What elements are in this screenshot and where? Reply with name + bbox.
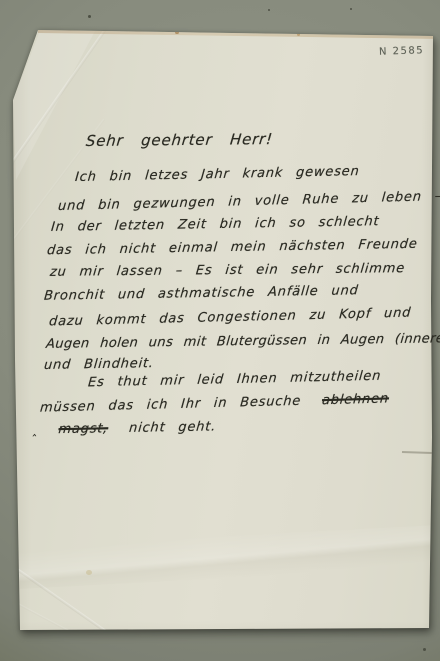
letter-line-10: Es thut mir leid Ihnen mitzutheilen xyxy=(87,369,381,391)
insertion-caret: ‸ xyxy=(32,424,38,437)
line-text: nicht geht. xyxy=(128,419,216,436)
letter-line-2: und bin gezwungen in volle Ruhe zu leben… xyxy=(57,189,440,214)
letter-line-9: und Blindheit. xyxy=(43,356,154,373)
struck-word: ablehnen xyxy=(321,391,389,408)
letter-line-1: Ich bin letzes Jahr krank gewesen xyxy=(74,164,360,185)
letter-line-3: In der letzten Zeit bin ich so schlecht xyxy=(50,214,380,235)
letter-line-8: Augen holen uns mit Blutergüssen in Auge… xyxy=(45,331,440,352)
letter-line-12: ‸ magst, nicht geht. xyxy=(32,419,216,437)
greeting-line: Sehr geehrter Herr! xyxy=(85,130,274,150)
letter-line-4: das ich nicht einmal mein nächsten Freun… xyxy=(46,237,418,258)
line-text: müssen das ich Ihr in Besuche xyxy=(39,394,301,416)
photo-background: N 2585 Sehr geehrter Herr! Ich bin letze… xyxy=(0,0,440,661)
letter-line-11: müssen das ich Ihr in Besuche ablehnen xyxy=(39,391,389,415)
letter-line-6: Bronchit und asthmatische Anfälle und xyxy=(43,283,359,304)
archive-number: N 2585 xyxy=(379,45,424,58)
letter-line-7: dazu kommt das Congestionen zu Kopf und xyxy=(48,306,411,330)
letter-content: N 2585 Sehr geehrter Herr! Ich bin letze… xyxy=(0,0,440,661)
struck-word: magst, xyxy=(58,421,109,437)
letter-line-5: zu mir lassen – Es ist ein sehr schlimme xyxy=(49,261,405,280)
